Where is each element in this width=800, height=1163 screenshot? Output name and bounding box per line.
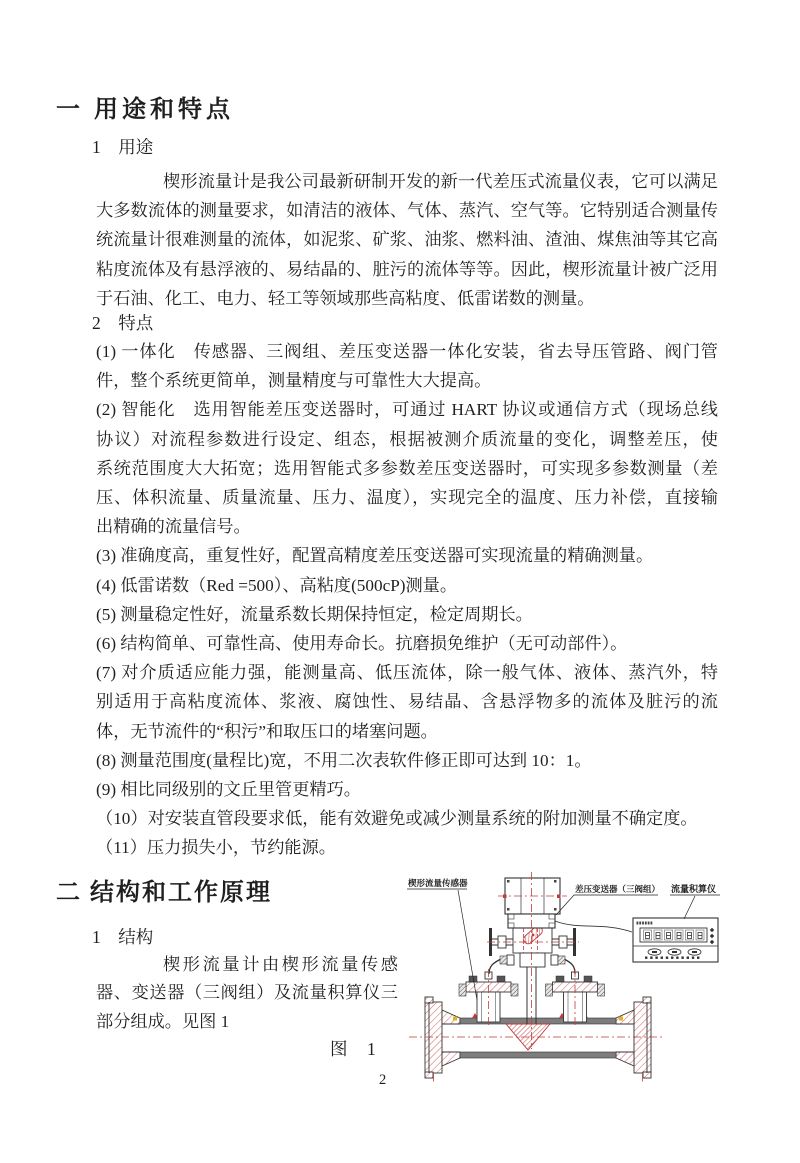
totalizer-label: 流量积算仪 xyxy=(671,883,716,894)
signal-cable xyxy=(555,921,632,932)
feature-item: (3) 准确度高，重复性好，配置高精度差压变送器可实现流量的精确测量。 xyxy=(96,541,718,570)
features-heading: 2 特点 xyxy=(92,310,153,335)
feature-item: (1) 一体化 传感器、三阀组、差压变送器一体化安装，省去导压管路、阀门管件，整… xyxy=(96,337,718,395)
section1-title: 一 用途和特点 xyxy=(56,89,234,124)
transmitter-label: 差压变送器（三阀组） xyxy=(575,884,660,894)
figure-caption: 图 1 xyxy=(330,1036,377,1061)
feature-item: (5) 测量稳定性好，流量系数长期保持恒定，检定周期长。 xyxy=(96,600,718,629)
purpose-paragraph: 楔形流量计是我公司最新研制开发的新一代差压式流量仪表，它可以满足大多数流体的测量… xyxy=(96,167,718,313)
valve-manifold xyxy=(489,924,576,967)
features-list: (1) 一体化 传感器、三阀组、差压变送器一体化安装，省去导压管路、阀门管件，整… xyxy=(96,337,718,863)
feature-item: (7) 对介质适应能力强，能测量高、低压流体，除一般气体、液体、蒸汽外，特别适用… xyxy=(96,658,718,746)
feature-item: (2) 智能化 选用智能差压变送器时，可通过 HART 协议或通信方式（现场总线… xyxy=(96,395,718,541)
page-number: 2 xyxy=(379,1072,386,1089)
feature-item: （10）对安装直管段要求低，能有效避免或减少测量系统的附加测量不确定度。 xyxy=(96,804,718,833)
feature-item: (6) 结构简单、可靠性高、使用寿命长。抗磨损免维护（无可动部件）。 xyxy=(96,629,718,658)
section2-title: 二 结构和工作原理 xyxy=(56,872,272,907)
figure-1-diagram: 楔形流量传感器 差压变送器（三阀组） 流量积算仪 xyxy=(403,866,768,1082)
purpose-heading: 1 用途 xyxy=(92,134,153,159)
feature-item: (8) 测量范围度(量程比)宽，不用二次表软件修正即可达到 10：1。 xyxy=(96,746,718,775)
document-page: 一 用途和特点 1 用途 楔形流量计是我公司最新研制开发的新一代差压式流量仪表，… xyxy=(0,0,800,1163)
flow-totalizer-drawing xyxy=(633,918,718,962)
sensor-label: 楔形流量传感器 xyxy=(408,878,468,888)
feature-item: (9) 相比同级别的文丘里管更精巧。 xyxy=(96,775,718,804)
feature-item: （11）压力损失小，节约能源。 xyxy=(96,833,718,862)
structure-heading: 1 结构 xyxy=(92,924,153,949)
feature-item: (4) 低雷诺数（Red =500）、高粘度(500cP)测量。 xyxy=(96,571,718,600)
structure-paragraph: 楔形流量计由楔形流量传感器、变送器（三阀组）及流量积算仪三部分组成。见图 1 xyxy=(96,951,398,1036)
